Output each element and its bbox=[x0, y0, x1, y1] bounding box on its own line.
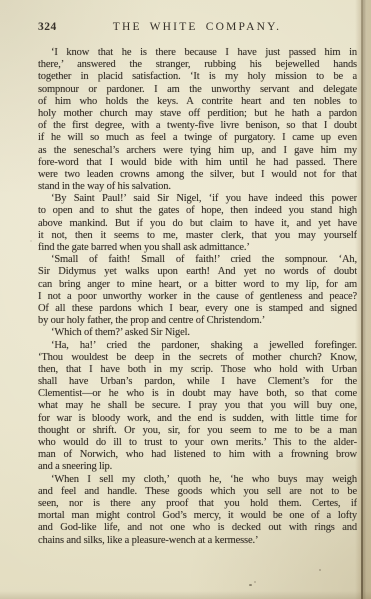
text-line: Sir Didymus yet walks upon earth! And ye… bbox=[38, 266, 357, 278]
text-line: sompnour or pardoner. I am the unworthy … bbox=[38, 84, 357, 96]
text-line: ‘Thou wouldest be deep in the secrets of… bbox=[38, 352, 357, 364]
text-line: Of all these pardons which I bear, every… bbox=[38, 303, 357, 315]
text-line: of him who holds the keys. A contrite he… bbox=[38, 96, 357, 108]
text-line: ‘Which of them?’ asked Sir Nigel. bbox=[38, 327, 357, 339]
text-line: chains and silks, like a pleasure-wench … bbox=[38, 535, 357, 547]
text-line: mortal man might control God’s mercy, it… bbox=[38, 510, 357, 522]
text-line: above mankind. But if you do but claim t… bbox=[38, 218, 357, 230]
paper-speck bbox=[30, 240, 32, 242]
text-line: there,’ answered the stranger, rubbing h… bbox=[38, 59, 357, 71]
paragraph: ‘Ha, ha!’ cried the pardoner, shaking a … bbox=[38, 340, 357, 474]
text-line: can bring anger to mine heart, or a bitt… bbox=[38, 279, 357, 291]
text-line: ‘Small of faith! Small of faith!’ cried … bbox=[38, 254, 357, 266]
text-line: what may he shall be secure. I pray you … bbox=[38, 400, 357, 412]
text-line: for war is bloody work, and the end is s… bbox=[38, 413, 357, 425]
text-line: by our holy father, the prop and centre … bbox=[38, 315, 357, 327]
text-line: fore-word that I would bide with him unt… bbox=[38, 157, 357, 169]
text-line: if he will so much as feel a twinge of p… bbox=[38, 132, 357, 144]
text-block: ‘I know that he is there because I have … bbox=[38, 47, 357, 547]
paper-speck bbox=[319, 569, 321, 571]
text-line: it not, then it seems to me, master cler… bbox=[38, 230, 357, 242]
text-line: as the seneschal’s archers were tying hi… bbox=[38, 145, 357, 157]
book-page: 324 THE WHITE COMPANY. ‘I know that he i… bbox=[0, 0, 371, 599]
text-line: ‘Ha, ha!’ cried the pardoner, shaking a … bbox=[38, 340, 357, 352]
paragraph: ‘Which of them?’ asked Sir Nigel. bbox=[38, 327, 357, 339]
text-line: of the first degree, with a twenty-five … bbox=[38, 120, 357, 132]
text-line: and feel and handle. These goods which y… bbox=[38, 486, 357, 498]
text-line: stand in the way of his salvation. bbox=[38, 181, 357, 193]
text-line: and a sneering lip. bbox=[38, 461, 357, 473]
text-line: and God-like life, and not one who is de… bbox=[38, 522, 357, 534]
text-line: I not a poor unworthy worker in the caus… bbox=[38, 291, 357, 303]
text-line: Clementist—or he who is in doubt may hav… bbox=[38, 388, 357, 400]
text-line: then, that I have both in my scrip. Thos… bbox=[38, 364, 357, 376]
text-line: thought or shrift. Or you, sir, for you … bbox=[38, 425, 357, 437]
page-header: 324 THE WHITE COMPANY. bbox=[38, 21, 356, 35]
paper-speck bbox=[249, 584, 252, 586]
paragraph: ‘By Saint Paul!’ said Sir Nigel, ‘if you… bbox=[38, 193, 357, 254]
page-edge-line bbox=[361, 0, 363, 599]
text-line: ‘By Saint Paul!’ said Sir Nigel, ‘if you… bbox=[38, 193, 357, 205]
text-line: shall have Urban’s pardon, while I have … bbox=[38, 376, 357, 388]
text-line: find the gate barred when you shall ask … bbox=[38, 242, 357, 254]
text-line: to open and to shut the gates of hope, t… bbox=[38, 205, 357, 217]
text-line: man of Norwich, who had listened to him … bbox=[38, 449, 357, 461]
text-line: who would do ill to trust to your own me… bbox=[38, 437, 357, 449]
text-line: ‘When I sell my cloth,’ quoth he, ‘he wh… bbox=[38, 474, 357, 486]
text-line: together in placid satisfaction. ‘It is … bbox=[38, 71, 357, 83]
running-title: THE WHITE COMPANY. bbox=[38, 21, 356, 33]
text-line: seen, nor is there any proof that you ho… bbox=[38, 498, 357, 510]
paragraph: ‘I know that he is there because I have … bbox=[38, 47, 357, 193]
paragraph: ‘Small of faith! Small of faith!’ cried … bbox=[38, 254, 357, 327]
paper-speck bbox=[254, 581, 256, 583]
page-bottom-shading bbox=[0, 591, 371, 599]
text-line: holy mother church may stave off perditi… bbox=[38, 108, 357, 120]
page-edge-shading bbox=[355, 0, 371, 599]
text-line: were two leaden crowns among the silver,… bbox=[38, 169, 357, 181]
paragraph: ‘When I sell my cloth,’ quoth he, ‘he wh… bbox=[38, 474, 357, 547]
text-line: ‘I know that he is there because I have … bbox=[38, 47, 357, 59]
